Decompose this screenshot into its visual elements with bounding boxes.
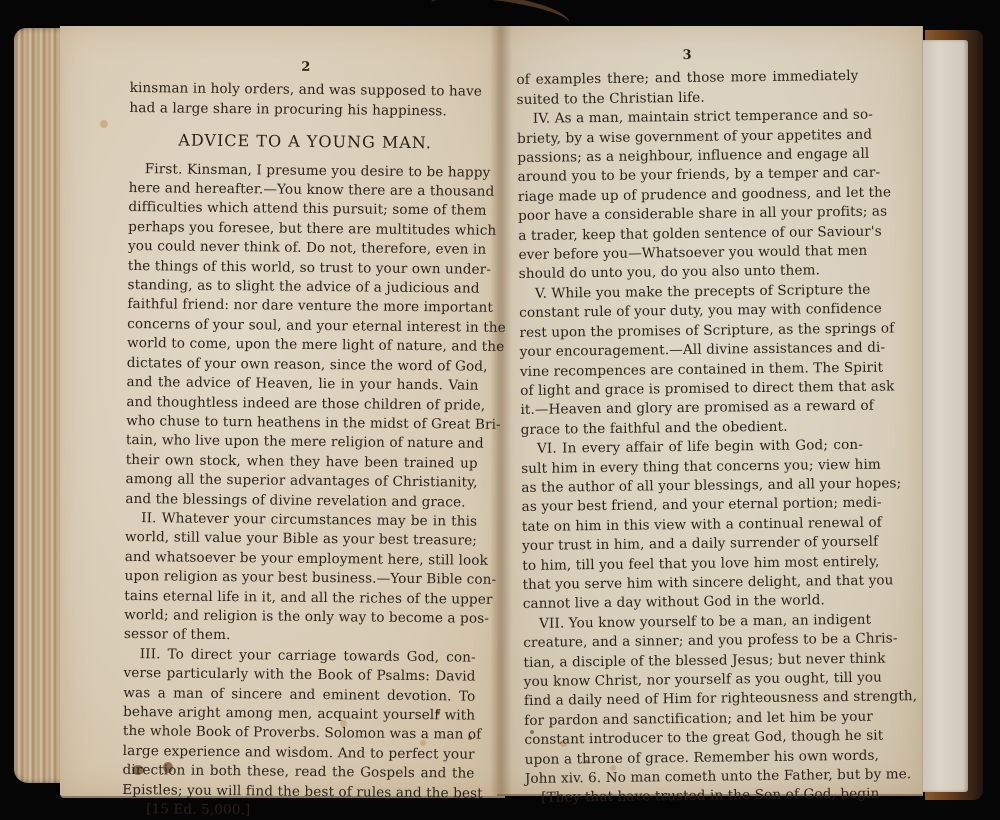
left-page-text: 2 kinsman in holy orders, and was suppos… bbox=[122, 56, 482, 820]
text-line: had a large share in procuring his happi… bbox=[129, 99, 481, 122]
page-number: 2 bbox=[130, 56, 482, 79]
foxing-spot bbox=[100, 120, 108, 128]
chapter-heading: ADVICE TO A YOUNG MAN. bbox=[129, 130, 481, 153]
right-page-text: 3 of examples there; and those more imme… bbox=[516, 44, 867, 809]
page-number: 3 bbox=[516, 44, 858, 68]
book-photo: 2 kinsman in holy orders, and was suppos… bbox=[0, 0, 1000, 820]
endpaper-right bbox=[920, 40, 968, 792]
text-line: [They that have trusted in the Son of Go… bbox=[525, 785, 867, 809]
book-gutter bbox=[490, 26, 512, 796]
